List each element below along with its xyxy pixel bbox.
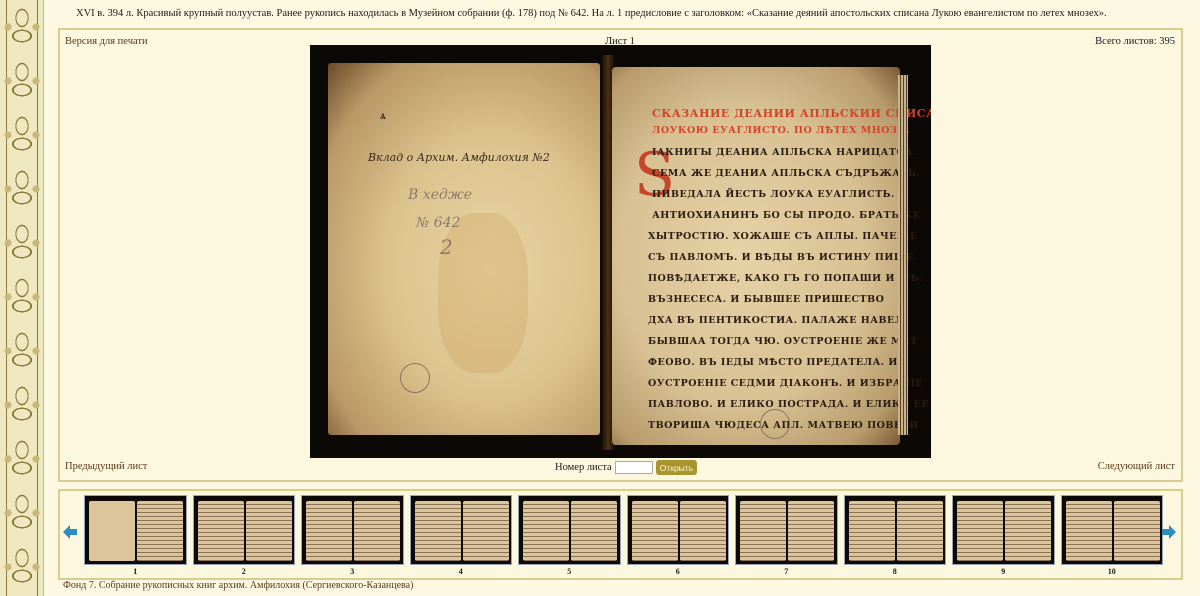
thumbnail-list: 1 2 3 4 5 6 7 8 — [84, 495, 1163, 576]
page-edges — [898, 75, 908, 435]
thumbnail-item[interactable]: 5 — [518, 495, 621, 576]
thumbnail-image[interactable] — [844, 495, 947, 565]
note-number: № 642 — [416, 215, 460, 231]
note-vklad: Вклад о Архим. Амфилохия №2 — [368, 151, 550, 164]
thumbnail-image[interactable] — [735, 495, 838, 565]
total-sheets: Всего листов: 395 — [1095, 36, 1175, 47]
thumbnail-strip: 1 2 3 4 5 6 7 8 — [58, 489, 1183, 580]
thumbnail-image[interactable] — [84, 495, 187, 565]
library-stamp — [760, 409, 790, 439]
note-vkhedzhe: В хедже — [408, 187, 472, 203]
goto-sheet: Номер листа Открыть — [555, 460, 697, 475]
thumbnail-item[interactable]: 10 — [1061, 495, 1164, 576]
note-two: 2 — [440, 235, 453, 259]
viewer-frame: Версия для печати Лист 1 Всего листов: 3… — [58, 28, 1183, 482]
print-version-link[interactable]: Версия для печати — [65, 36, 148, 47]
thumbnail-item[interactable]: 6 — [627, 495, 730, 576]
left-page: Ѧ Вклад о Архим. Амфилохия №2 В хедже № … — [328, 63, 600, 435]
previous-sheet-link[interactable]: Предыдущий лист — [65, 461, 147, 472]
thumbnail-image[interactable] — [1061, 495, 1164, 565]
thumbnail-image[interactable] — [410, 495, 513, 565]
manuscript-image: Ѧ Вклад о Архим. Амфилохия №2 В хедже № … — [310, 45, 931, 458]
fond-label: Фонд 7. Собрание рукописных книг архим. … — [63, 580, 413, 591]
right-page: Ѕ СКАЗАНИЕ ДЕАНИИ АПЛЬСКИИ СПИСА ЛОУКОЮ … — [612, 67, 900, 445]
thumbnail-item[interactable]: 9 — [952, 495, 1055, 576]
thumbnail-item[interactable]: 3 — [301, 495, 404, 576]
arrow-left-icon[interactable] — [63, 525, 77, 539]
library-stamp — [400, 363, 430, 393]
next-sheet-link[interactable]: Следующий лист — [1098, 461, 1175, 472]
thumbnail-image[interactable] — [627, 495, 730, 565]
ornamental-border — [0, 0, 44, 596]
open-button[interactable]: Открыть — [656, 460, 697, 475]
thumbnail-item[interactable]: 1 — [84, 495, 187, 576]
arrow-right-icon[interactable] — [1162, 525, 1176, 539]
thumbnail-image[interactable] — [518, 495, 621, 565]
thumbnail-item[interactable]: 7 — [735, 495, 838, 576]
manuscript-description: XVI в. 394 л. Красивый крупный полуустав… — [76, 8, 1107, 19]
sheet-number-input[interactable] — [615, 461, 653, 474]
goto-label: Номер листа — [555, 462, 612, 473]
thumbnail-item[interactable]: 8 — [844, 495, 947, 576]
thumbnail-item[interactable]: 4 — [410, 495, 513, 576]
thumbnail-image[interactable] — [193, 495, 296, 565]
thumbnail-image[interactable] — [952, 495, 1055, 565]
thumbnail-image[interactable] — [301, 495, 404, 565]
thumbnail-item[interactable]: 2 — [193, 495, 296, 576]
